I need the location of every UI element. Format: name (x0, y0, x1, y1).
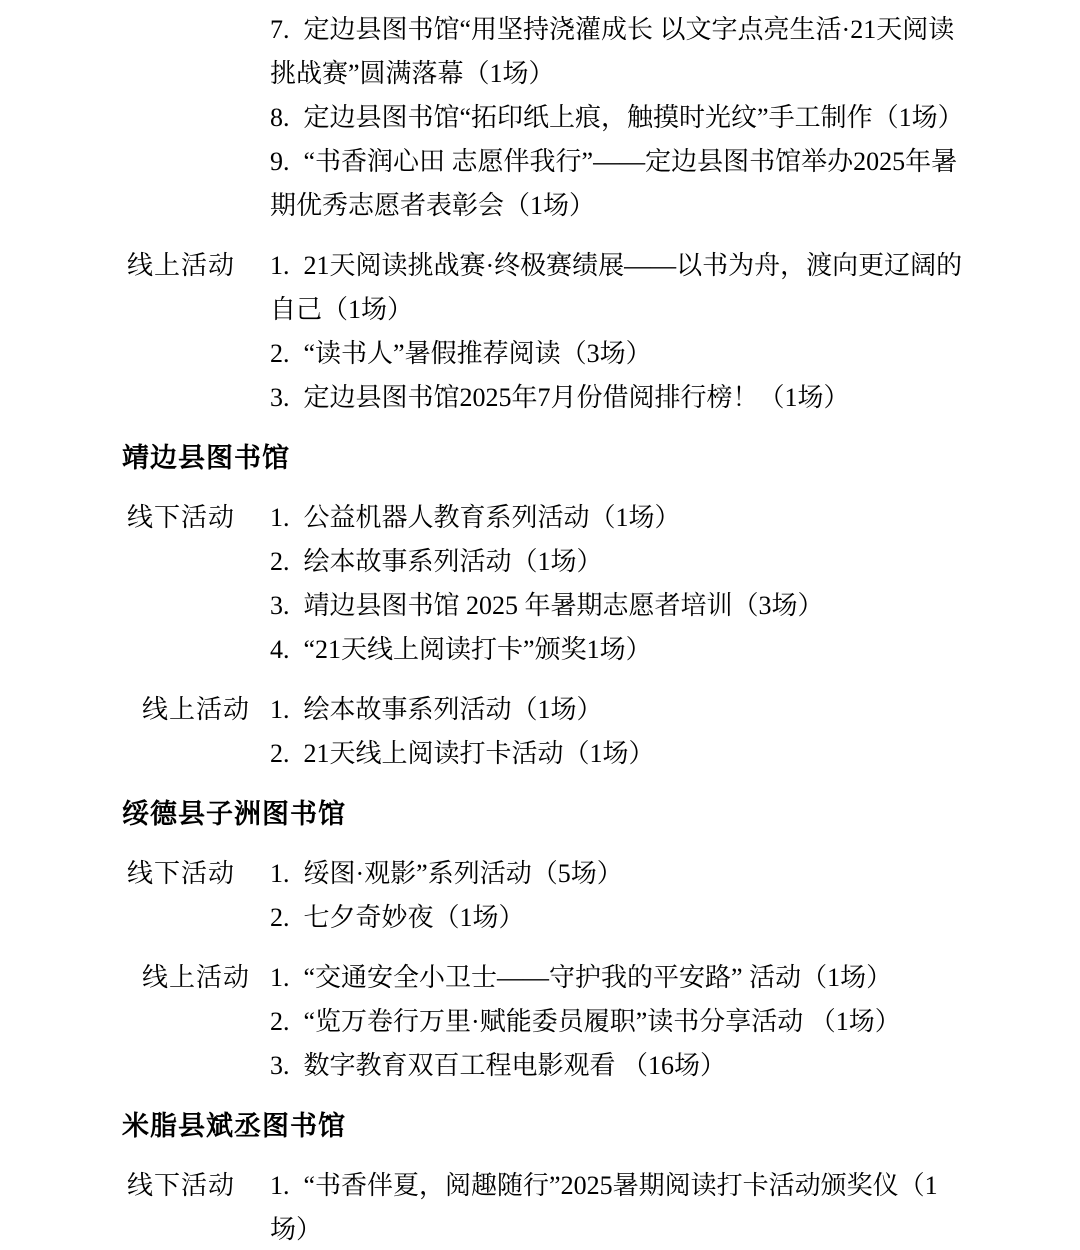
document-page: 7.定边县图书馆“用坚持浇灌成长 以文字点亮生活·21天阅读挑战赛”圆满落幕（1… (0, 0, 1080, 1250)
item-text: 21天阅读挑战赛·终极赛绩展——以书为舟，渡向更辽阔的自己（1场） (270, 251, 962, 324)
item-text: 靖边县图书馆 2025 年暑期志愿者培训（3场） (304, 591, 824, 620)
item-text: 定边县图书馆“拓印纸上痕，触摸时光纹”手工制作（1场） (304, 103, 964, 132)
activity-group-continuation: 7.定边县图书馆“用坚持浇灌成长 以文字点亮生活·21天阅读挑战赛”圆满落幕（1… (0, 8, 1080, 228)
item-number: 4. (270, 635, 290, 664)
activity-group-offline: 线下活动 1.公益机器人教育系列活动（1场） 2.绘本故事系列活动（1场） 3.… (0, 496, 1080, 672)
item-number: 2. (270, 339, 290, 368)
item-text: “读书人”暑假推荐阅读（3场） (304, 339, 652, 368)
item-number: 9. (270, 147, 290, 176)
item-text: 七夕奇妙夜（1场） (304, 903, 525, 932)
item-number: 1. (270, 503, 290, 532)
activity-group-offline: 线下活动 1.“书香伴夏，阅趣随行”2025暑期阅读打卡活动颁奖仪（1场） (0, 1164, 1080, 1250)
group-label-online: 线上活动 (142, 956, 250, 1000)
item-text: “览万卷行万里·赋能委员履职”读书分享活动 （1场） (304, 1007, 901, 1036)
item-text: “21天线上阅读打卡”颁奖1场） (304, 635, 652, 664)
activity-items: 1.21天阅读挑战赛·终极赛绩展——以书为舟，渡向更辽阔的自己（1场） 2.“读… (270, 244, 970, 420)
item-number: 3. (270, 1051, 290, 1080)
activity-item: 1.公益机器人教育系列活动（1场） (270, 496, 970, 540)
activity-item: 8.定边县图书馆“拓印纸上痕，触摸时光纹”手工制作（1场） (270, 96, 970, 140)
item-number: 2. (270, 1007, 290, 1036)
activity-item: 1.“交通安全小卫士——守护我的平安路” 活动（1场） (270, 956, 970, 1000)
section-heading-suide-zizhou-library: 绥德县子洲图书馆 (122, 792, 1080, 836)
item-number: 7. (270, 15, 290, 44)
group-label-online: 线上活动 (127, 244, 235, 288)
activity-group-online: 线上活动 1.“交通安全小卫士——守护我的平安路” 活动（1场） 2.“览万卷行… (0, 956, 1080, 1088)
activity-item: 7.定边县图书馆“用坚持浇灌成长 以文字点亮生活·21天阅读挑战赛”圆满落幕（1… (270, 8, 970, 96)
group-label-offline: 线下活动 (127, 852, 235, 896)
item-number: 8. (270, 103, 290, 132)
item-number: 1. (270, 963, 290, 992)
item-number: 3. (270, 383, 290, 412)
activity-items: 7.定边县图书馆“用坚持浇灌成长 以文字点亮生活·21天阅读挑战赛”圆满落幕（1… (270, 8, 970, 228)
activity-group-offline: 线下活动 1.绥图·观影”系列活动（5场） 2.七夕奇妙夜（1场） (0, 852, 1080, 940)
activity-report-body: 7.定边县图书馆“用坚持浇灌成长 以文字点亮生活·21天阅读挑战赛”圆满落幕（1… (0, 0, 1080, 1250)
activity-item: 2.“览万卷行万里·赋能委员履职”读书分享活动 （1场） (270, 1000, 970, 1044)
activity-item: 1.绘本故事系列活动（1场） (270, 688, 970, 732)
item-text: 绥图·观影”系列活动（5场） (304, 859, 623, 888)
activity-item: 2.21天线上阅读打卡活动（1场） (270, 732, 970, 776)
item-number: 1. (270, 1171, 290, 1200)
activity-item: 2.“读书人”暑假推荐阅读（3场） (270, 332, 970, 376)
activity-item: 9.“书香润心田 志愿伴我行”——定边县图书馆举办2025年暑期优秀志愿者表彰会… (270, 140, 970, 228)
activity-group-online: 线上活动 1.21天阅读挑战赛·终极赛绩展——以书为舟，渡向更辽阔的自己（1场）… (0, 244, 1080, 420)
item-text: 定边县图书馆2025年7月份借阅排行榜！（1场） (304, 383, 850, 412)
activity-item: 2.绘本故事系列活动（1场） (270, 540, 970, 584)
item-number: 2. (270, 903, 290, 932)
item-number: 2. (270, 739, 290, 768)
activity-items: 1.公益机器人教育系列活动（1场） 2.绘本故事系列活动（1场） 3.靖边县图书… (270, 496, 970, 672)
activity-item: 2.七夕奇妙夜（1场） (270, 896, 970, 940)
activity-item: 4.“21天线上阅读打卡”颁奖1场） (270, 628, 970, 672)
item-text: “书香伴夏，阅趣随行”2025暑期阅读打卡活动颁奖仪（1场） (270, 1171, 938, 1244)
section-heading-mizhi-bincheng-library: 米脂县斌丞图书馆 (122, 1104, 1080, 1148)
item-number: 1. (270, 695, 290, 724)
item-text: “书香润心田 志愿伴我行”——定边县图书馆举办2025年暑期优秀志愿者表彰会（1… (270, 147, 957, 220)
activity-items: 1.绘本故事系列活动（1场） 2.21天线上阅读打卡活动（1场） (270, 688, 970, 776)
group-label-offline: 线下活动 (127, 496, 235, 540)
activity-group-online: 线上活动 1.绘本故事系列活动（1场） 2.21天线上阅读打卡活动（1场） (0, 688, 1080, 776)
activity-item: 3.靖边县图书馆 2025 年暑期志愿者培训（3场） (270, 584, 970, 628)
group-label-offline: 线下活动 (127, 1164, 235, 1208)
activity-item: 1.“书香伴夏，阅趣随行”2025暑期阅读打卡活动颁奖仪（1场） (270, 1164, 970, 1250)
item-text: 绘本故事系列活动（1场） (304, 547, 603, 576)
item-text: 21天线上阅读打卡活动（1场） (304, 739, 655, 768)
item-text: 绘本故事系列活动（1场） (304, 695, 603, 724)
activity-item: 1.21天阅读挑战赛·终极赛绩展——以书为舟，渡向更辽阔的自己（1场） (270, 244, 970, 332)
group-label-online: 线上活动 (142, 688, 250, 732)
item-number: 1. (270, 251, 290, 280)
section-heading-jingbian-library: 靖边县图书馆 (122, 436, 1080, 480)
activity-items: 1.“书香伴夏，阅趣随行”2025暑期阅读打卡活动颁奖仪（1场） (270, 1164, 970, 1250)
item-text: 数字教育双百工程电影观看 （16场） (304, 1051, 727, 1080)
item-text: 定边县图书馆“用坚持浇灌成长 以文字点亮生活·21天阅读挑战赛”圆满落幕（1场） (270, 15, 954, 88)
item-number: 3. (270, 591, 290, 620)
item-text: “交通安全小卫士——守护我的平安路” 活动（1场） (304, 963, 893, 992)
activity-item: 1.绥图·观影”系列活动（5场） (270, 852, 970, 896)
item-number: 1. (270, 859, 290, 888)
activity-item: 3.定边县图书馆2025年7月份借阅排行榜！（1场） (270, 376, 970, 420)
activity-item: 3.数字教育双百工程电影观看 （16场） (270, 1044, 970, 1088)
activity-items: 1.“交通安全小卫士——守护我的平安路” 活动（1场） 2.“览万卷行万里·赋能… (270, 956, 970, 1088)
item-text: 公益机器人教育系列活动（1场） (304, 503, 681, 532)
item-number: 2. (270, 547, 290, 576)
activity-items: 1.绥图·观影”系列活动（5场） 2.七夕奇妙夜（1场） (270, 852, 970, 940)
